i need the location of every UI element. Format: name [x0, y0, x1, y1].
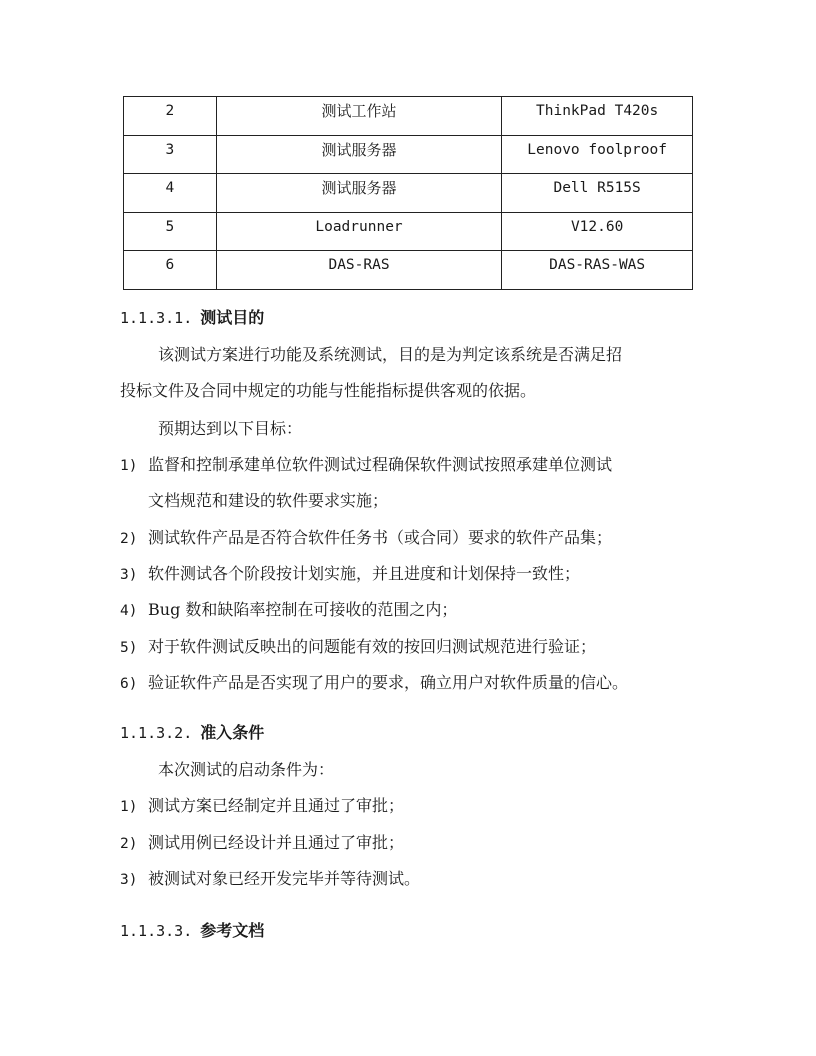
list-item-continuation: 文档规范和建设的软件要求实施；: [120, 490, 728, 512]
list-number: 1): [120, 796, 148, 818]
table-cell-model: ThinkPad T420s: [502, 97, 693, 136]
table-cell-model: DAS-RAS-WAS: [502, 251, 693, 290]
list-number: 4): [120, 600, 148, 622]
section-heading-entry: 1.1.3.2.准入条件: [120, 722, 700, 744]
list-text: 测试用例已经设计并且通过了审批；: [148, 833, 404, 852]
table-row: 3 测试服务器 Lenovo foolproof: [124, 135, 693, 174]
list-number: 1): [120, 455, 148, 477]
section-title: 参考文档: [200, 921, 264, 940]
list-text: Bug 数和缺陷率控制在可接收的范围之内；: [148, 600, 457, 619]
table-cell-name: 测试服务器: [216, 174, 501, 213]
table-cell-model: Dell R515S: [502, 174, 693, 213]
table-cell-no: 6: [124, 251, 217, 290]
table-cell-no: 2: [124, 97, 217, 136]
equipment-table: 2 测试工作站 ThinkPad T420s 3 测试服务器 Lenovo fo…: [123, 96, 693, 290]
list-number: 2): [120, 528, 148, 550]
section-heading-references: 1.1.3.3.参考文档: [120, 920, 700, 942]
list-text: 测试方案已经制定并且通过了审批；: [148, 796, 404, 815]
section-number: 1.1.3.2.: [120, 724, 192, 742]
table-cell-name: 测试服务器: [216, 135, 501, 174]
list-item: 5)对于软件测试反映出的问题能有效的按回归测试规范进行验证；: [120, 636, 700, 659]
section-title: 测试目的: [200, 308, 264, 327]
list-number: 5): [120, 637, 148, 659]
table-cell-no: 4: [124, 174, 217, 213]
list-item: 3)软件测试各个阶段按计划实施，并且进度和计划保持一致性；: [120, 563, 700, 586]
table-cell-model: Lenovo foolproof: [502, 135, 693, 174]
paragraph-line: 预期达到以下目标：: [120, 418, 738, 440]
list-text: 对于软件测试反映出的问题能有效的按回归测试规范进行验证；: [148, 637, 596, 656]
table-cell-name: DAS-RAS: [216, 251, 501, 290]
table-cell-no: 3: [124, 135, 217, 174]
table-cell-name: Loadrunner: [216, 212, 501, 251]
list-text: 软件测试各个阶段按计划实施，并且进度和计划保持一致性；: [148, 564, 580, 583]
document-page: 2 测试工作站 ThinkPad T420s 3 测试服务器 Lenovo fo…: [0, 0, 816, 1056]
table-row: 2 测试工作站 ThinkPad T420s: [124, 97, 693, 136]
list-number: 2): [120, 833, 148, 855]
table-cell-name: 测试工作站: [216, 97, 501, 136]
list-text: 被测试对象已经开发完毕并等待测试。: [148, 869, 420, 888]
table-cell-no: 5: [124, 212, 217, 251]
table-cell-model: V12.60: [502, 212, 693, 251]
list-item: 4)Bug 数和缺陷率控制在可接收的范围之内；: [120, 599, 700, 622]
list-item: 2)测试软件产品是否符合软件任务书（或合同）要求的软件产品集；: [120, 527, 700, 550]
list-item: 1)监督和控制承建单位软件测试过程确保软件测试按照承建单位测试: [120, 454, 700, 477]
section-heading-purpose: 1.1.3.1.测试目的: [120, 307, 700, 329]
section-number: 1.1.3.3.: [120, 922, 192, 940]
list-number: 3): [120, 869, 148, 891]
list-number: 3): [120, 564, 148, 586]
table-row: 5 Loadrunner V12.60: [124, 212, 693, 251]
list-item: 6)验证软件产品是否实现了用户的要求，确立用户对软件质量的信心。: [120, 672, 700, 695]
section-title: 准入条件: [200, 723, 264, 742]
section-number: 1.1.3.1.: [120, 309, 192, 327]
paragraph-line: 投标文件及合同中规定的功能与性能指标提供客观的依据。: [120, 380, 700, 402]
list-item: 3)被测试对象已经开发完毕并等待测试。: [120, 868, 700, 891]
paragraph-line: 该测试方案进行功能及系统测试，目的是为判定该系统是否满足招: [120, 344, 738, 366]
table-row: 6 DAS-RAS DAS-RAS-WAS: [124, 251, 693, 290]
list-text: 测试软件产品是否符合软件任务书（或合同）要求的软件产品集；: [148, 528, 612, 547]
list-text: 验证软件产品是否实现了用户的要求，确立用户对软件质量的信心。: [148, 673, 628, 692]
paragraph-line: 本次测试的启动条件为：: [120, 759, 738, 781]
list-number: 6): [120, 673, 148, 695]
list-item: 2)测试用例已经设计并且通过了审批；: [120, 832, 700, 855]
list-text: 监督和控制承建单位软件测试过程确保软件测试按照承建单位测试: [148, 455, 612, 474]
table-row: 4 测试服务器 Dell R515S: [124, 174, 693, 213]
list-item: 1)测试方案已经制定并且通过了审批；: [120, 795, 700, 818]
